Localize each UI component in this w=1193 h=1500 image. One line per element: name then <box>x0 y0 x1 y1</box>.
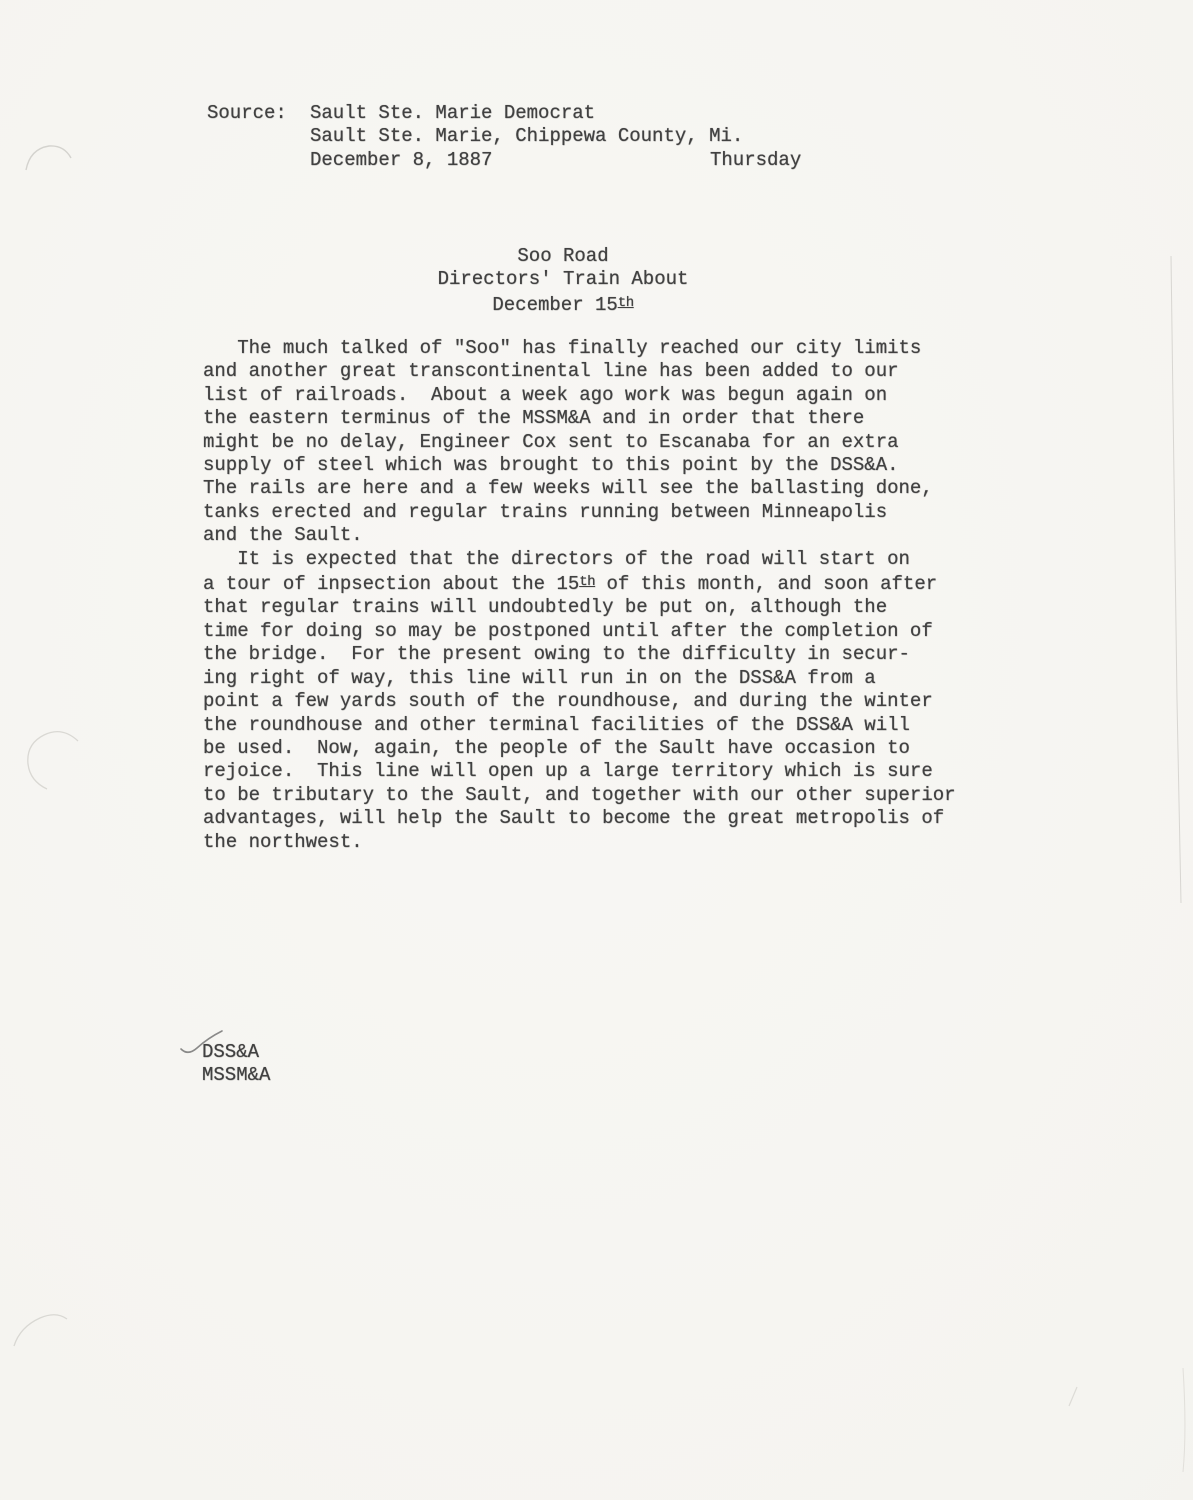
body-text-line: ing right of way, this line will run in … <box>203 667 956 690</box>
body-text-line: and another great transcontinental line … <box>203 360 956 383</box>
tag-mssma: MSSM&A <box>202 1064 270 1087</box>
inspection-date-pre: a tour of inpsection about the 15 <box>203 573 579 595</box>
body-text-line: the northwest. <box>203 831 956 854</box>
body-text-line: rejoice. This line will open up a large … <box>203 760 956 783</box>
body-text-line: The rails are here and a few weeks will … <box>203 477 956 500</box>
index-tags: DSS&A MSSM&A <box>202 1041 270 1088</box>
body-text-line: to be tributary to the Sault, and togeth… <box>203 784 956 807</box>
paragraph-2-rest: that regular trains will undoubtedly be … <box>203 596 956 853</box>
title-date-ordinal: th <box>618 295 634 311</box>
body-text-line: The much talked of "Soo" has finally rea… <box>203 337 956 360</box>
paragraph-1: The much talked of "Soo" has finally rea… <box>203 337 956 548</box>
body-text-line: the eastern terminus of the MSSM&A and i… <box>203 407 956 430</box>
article-body: The much talked of "Soo" has finally rea… <box>203 337 956 854</box>
paragraph-2-line: a tour of inpsection about the 15th of t… <box>203 571 956 596</box>
publication-weekday: Thursday <box>710 149 801 172</box>
publication-name: Sault Ste. Marie Democrat <box>310 102 743 125</box>
body-text-line: supply of steel which was brought to thi… <box>203 454 956 477</box>
body-text-line: list of railroads. About a week ago work… <box>203 384 956 407</box>
document-page: Source: Sault Ste. Marie Democrat Sault … <box>0 0 1193 1500</box>
paragraph-2-line: It is expected that the directors of the… <box>203 548 956 571</box>
body-text-line: be used. Now, again, the people of the S… <box>203 737 956 760</box>
inspection-date-post: of this month, and soon after <box>595 573 937 595</box>
paragraph-2: It is expected that the directors of the… <box>203 548 956 854</box>
title-line-1: Soo Road <box>183 245 943 268</box>
source-label: Source: <box>207 102 287 125</box>
body-text-line: the bridge. For the present owing to the… <box>203 643 956 666</box>
paper-crease-right-edge <box>1171 256 1181 903</box>
source-details: Sault Ste. Marie Democrat Sault Ste. Mar… <box>310 102 743 172</box>
article-title: Soo Road Directors' Train About December… <box>183 245 943 317</box>
publication-date: December 8, 1887 <box>310 149 743 172</box>
body-text-line: advantages, will help the Sault to becom… <box>203 807 956 830</box>
paper-crease-right-bottom <box>1183 1368 1185 1472</box>
body-text-line: time for doing so may be postponed until… <box>203 620 956 643</box>
publication-location: Sault Ste. Marie, Chippewa County, Mi. <box>310 125 743 148</box>
scratch-mark-bottom-right <box>1069 1387 1077 1406</box>
body-text-line: the roundhouse and other terminal facili… <box>203 714 956 737</box>
body-text-line: tanks erected and regular trains running… <box>203 501 956 524</box>
body-text-line: that regular trains will undoubtedly be … <box>203 596 956 619</box>
title-line-2: Directors' Train About <box>183 268 943 291</box>
body-text-line: point a few yards south of the roundhous… <box>203 690 956 713</box>
body-text-line: and the Sault. <box>203 524 956 547</box>
title-line-3: December 15th <box>183 292 943 317</box>
body-text-line: might be no delay, Engineer Cox sent to … <box>203 431 956 454</box>
tag-dssa: DSS&A <box>202 1041 270 1064</box>
inspection-date-ordinal: th <box>579 574 595 590</box>
paper-curl-mark-top-left <box>26 146 71 170</box>
source-header: Source: Sault Ste. Marie Democrat Sault … <box>207 102 743 172</box>
paper-curl-mark-mid-left <box>28 732 78 789</box>
title-date-text: December 15 <box>492 294 617 316</box>
paper-curl-mark-bottom-left <box>14 1315 67 1346</box>
